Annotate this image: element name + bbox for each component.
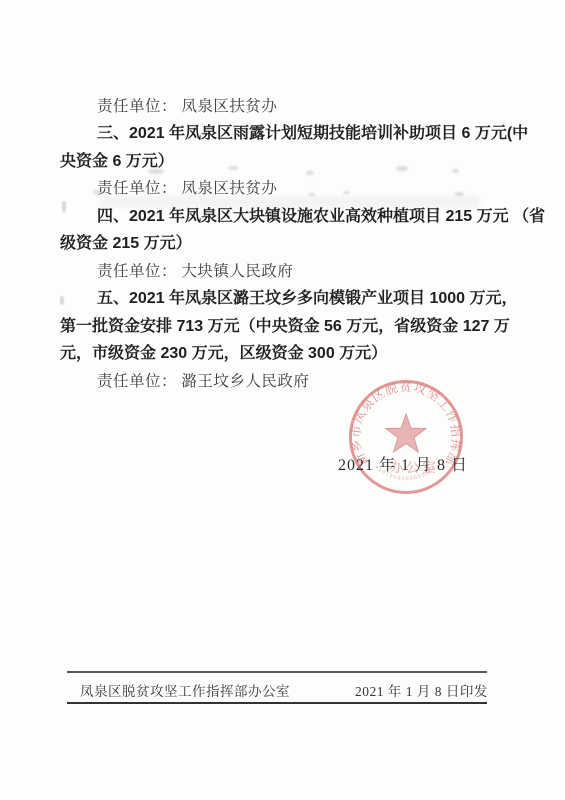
scan-artifact [62, 201, 66, 212]
footer-rule-bottom [67, 702, 487, 704]
footer-rule-top [67, 671, 487, 673]
scan-artifact [306, 171, 314, 175]
scan-artifact [396, 166, 408, 171]
document-date: 2021 年 1 月 8 日 [338, 452, 468, 475]
scan-artifact [60, 296, 64, 305]
document-line: 责任单位： 潞王坟乡人民政府 [97, 373, 309, 391]
scan-artifact [148, 169, 164, 174]
star-icon [386, 414, 426, 452]
document-line: 责任单位： 大块镇人民政府 [97, 263, 293, 281]
scan-artifact [228, 166, 238, 170]
document-line: 三、2021 年凤泉区雨露计划短期技能培训补助项目 6 万元(中 [97, 125, 528, 143]
official-seal: 新乡市凤泉区脱贫攻坚工作指挥部 办公室 4107000000000000 [342, 379, 470, 501]
scan-artifact [452, 169, 459, 173]
document-line: 五、2021 年凤泉区潞王坟乡多向模锻产业项目 1000 万元， [97, 290, 518, 308]
footer-print-note: 2021 年 1 月 8 日印发 [355, 680, 488, 700]
document-line: 责任单位： 凤泉区扶贫办 [97, 98, 277, 116]
document-line: 四、2021 年凤泉区大块镇设施农业高效种植项目 215 万元 （省 [97, 208, 545, 226]
scan-artifact [343, 191, 350, 194]
footer-issuer: 凤泉区脱贫攻坚工作指挥部办公室 [80, 680, 290, 700]
document-line: 级资金 215 万元） [60, 235, 192, 253]
document-line: 元，市级资金 230 万元，区级资金 300 万元） [60, 345, 387, 363]
document-line: 第一批资金安排 713 万元（中央资金 56 万元，省级资金 127 万 [60, 318, 510, 336]
scanned-document-page: 责任单位： 凤泉区扶贫办 三、2021 年凤泉区雨露计划短期技能培训补助项目 6… [0, 0, 565, 800]
scan-artifact [93, 190, 103, 194]
scan-artifact [100, 196, 480, 208]
